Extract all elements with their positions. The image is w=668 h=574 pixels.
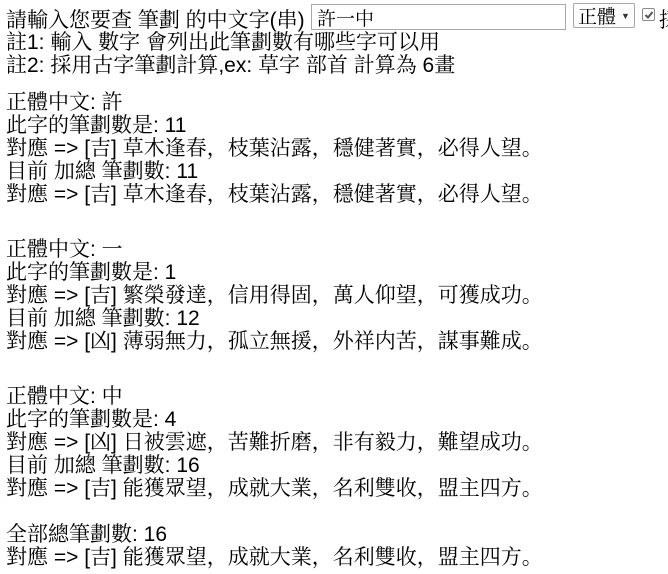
character-input[interactable] bbox=[311, 4, 566, 30]
charset-select[interactable]: 正體 ▼ bbox=[573, 3, 635, 28]
stroke-count-line: 此字的筆劃數是: 4 bbox=[6, 408, 668, 431]
fortune-line: 對應 => [吉] 能獲眾望，成就大業，名利雙收，盟主四方。 bbox=[6, 546, 668, 569]
charset-select-value: 正體 bbox=[578, 2, 616, 29]
note-1: 註1: 輸入 數字 會列出此筆劃數有哪些字可以用 bbox=[0, 31, 668, 54]
fortune-line: 對應 => [吉] 草木逢春，枝葉沾露，穩健著實，必得人望。 bbox=[6, 183, 668, 206]
char-result-section-2: 正體中文: 一 此字的筆劃數是: 1 對應 => [吉] 繁榮發達，信用得固，萬… bbox=[0, 238, 668, 353]
charset-line: 正體中文: 一 bbox=[6, 238, 668, 261]
char-result-section-1: 正體中文: 許 此字的筆劃數是: 11 對應 => [吉] 草木逢春，枝葉沾露，… bbox=[0, 91, 668, 206]
checkbox-label: 採 bbox=[659, 4, 668, 34]
fortune-line: 對應 => [吉] 繁榮發達，信用得固，萬人仰望，可獲成功。 bbox=[6, 284, 668, 307]
running-total-line: 目前 加總 筆劃數: 12 bbox=[6, 307, 668, 330]
option-checkbox[interactable] bbox=[642, 8, 655, 21]
fortune-line: 對應 => [凶] 薄弱無力，孤立無援，外祥内苦，謀事難成。 bbox=[6, 330, 668, 353]
charset-line: 正體中文: 許 bbox=[6, 91, 668, 114]
fortune-line: 對應 => [吉] 能獲眾望，成就大業，名利雙收，盟主四方。 bbox=[6, 477, 668, 500]
stroke-query-form: 請輸入您要查 筆劃 的中文字(串) 正體 ▼ 採 bbox=[0, 0, 668, 31]
running-total-line: 目前 加總 筆劃數: 11 bbox=[6, 160, 668, 183]
running-total-line: 目前 加總 筆劃數: 16 bbox=[6, 454, 668, 477]
stroke-lookup-page: { "page": { "background": "#ffffff", "te… bbox=[0, 0, 668, 574]
chevron-down-icon: ▼ bbox=[621, 11, 630, 21]
stroke-count-line: 此字的筆劃數是: 11 bbox=[6, 114, 668, 137]
query-input-label: 請輸入您要查 筆劃 的中文字(串) bbox=[6, 4, 305, 34]
grand-total-line: 全部總筆劃數: 16 bbox=[6, 523, 668, 546]
stroke-count-line: 此字的筆劃數是: 1 bbox=[6, 261, 668, 284]
checkmark-icon bbox=[644, 10, 654, 20]
char-result-section-3: 正體中文: 中 此字的筆劃數是: 4 對應 => [凶] 日被雲遮，苦難折磨，非… bbox=[0, 385, 668, 500]
fortune-line: 對應 => [吉] 草木逢春，枝葉沾露，穩健著實，必得人望。 bbox=[6, 137, 668, 160]
fortune-line: 對應 => [凶] 日被雲遮，苦難折磨，非有毅力，難望成功。 bbox=[6, 431, 668, 454]
total-summary-section: 全部總筆劃數: 16 對應 => [吉] 能獲眾望，成就大業，名利雙收，盟主四方… bbox=[0, 523, 668, 569]
charset-line: 正體中文: 中 bbox=[6, 385, 668, 408]
note-2: 註2: 採用古字筆劃計算,ex: 草字 部首 計算為 6畫 bbox=[0, 54, 668, 77]
